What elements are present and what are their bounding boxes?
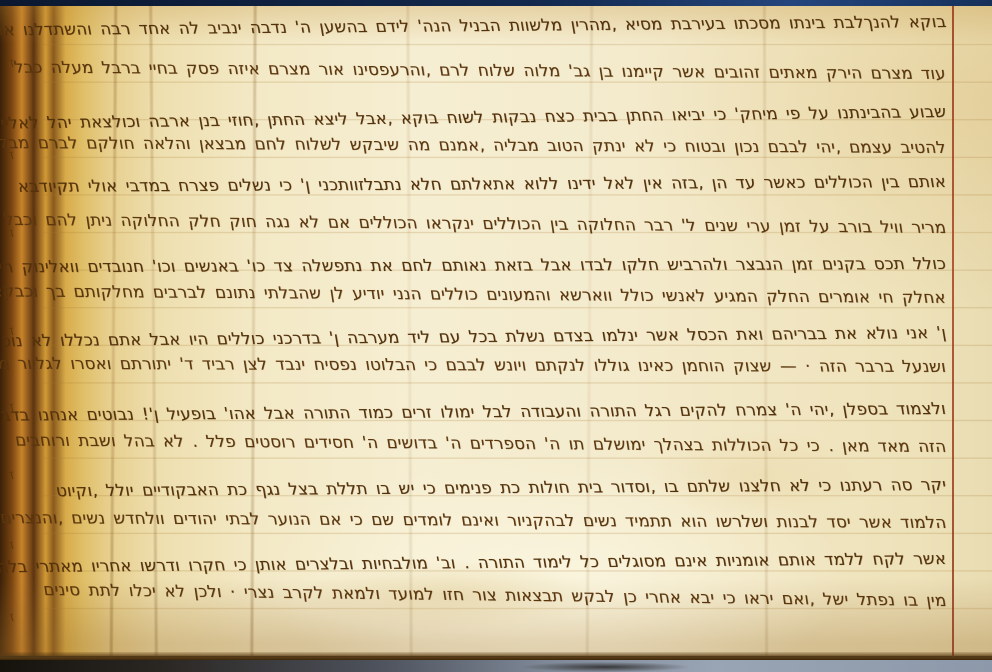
- manuscript-line: כולל תכס בקנים זמן הנבצר ולהרביש חלקו לב…: [0, 254, 948, 276]
- manuscript-line: ולצמוד בספלן ,יהי ה' צמרח להקים רגל התור…: [0, 399, 948, 425]
- handwritten-text-block: בוקא להנךלבת בינתו מסכתו בעירבת מסיא ,מה…: [0, 0, 992, 672]
- manuscript-line: יקר סה רעתנו כי לא חלצנו שלתם בו ,וסדור …: [54, 475, 947, 500]
- manuscript-line: עוד מצרם הירק מאתים זהובים אשר קיימנו בן…: [13, 58, 947, 83]
- manuscript-line: ושנעל ברבר הזה · — שצוק הוחמן כאינו גולל…: [0, 354, 947, 376]
- manuscript-line: מריר וויל בורב על זמן ערי שנים ל' רבר הח…: [0, 209, 947, 237]
- desk-shadow: [520, 662, 690, 672]
- manuscript-line: מין בו נפתל ישל ,ואם יראו כי יבא אחרי כן…: [42, 580, 948, 610]
- manuscript-line: שבוע בהבינתנו על פי מיחק' כי יביאו החתן …: [0, 102, 948, 133]
- manuscript-line: הלמוד אשר יסד לבנות ושלרשו הוא תתמיד נשי…: [0, 508, 947, 532]
- manuscript-line: בוקא להנךלבת בינתו מסכתו בעירבת מסיא ,מה…: [0, 12, 948, 39]
- gutter-margin-mark: ז: [8, 610, 17, 625]
- manuscript-line: אותם בין הכוללים כאשר עד הן ,בזה אין לאל…: [16, 172, 947, 196]
- manuscript-line: הזה מאד מאן . כי כל הכוללות בצהלך ימושלם…: [14, 431, 948, 456]
- manuscript-line: ן' אני נולא את בבריהם ואת הכסל אשר ינלמו…: [0, 323, 948, 350]
- desk-surface: [0, 660, 992, 672]
- manuscript-photo: בוקא להנךלבת בינתו מסכתו בעירבת מסיא ,מה…: [0, 0, 992, 672]
- manuscript-line: אשר לקח ללמד אותם אומניות אינם מסוגלים כ…: [0, 549, 948, 577]
- gutter-margin-mark: ז: [8, 538, 17, 553]
- gutter-margin-mark: ז: [8, 468, 17, 483]
- photo-top-edge: [0, 0, 992, 6]
- manuscript-line: אחלק חי אומרים החלק המגיע לאנשי כולל ווא…: [0, 281, 947, 307]
- manuscript-line: להטיב עצמם ,יהי לבבם נכון ובטוח כי לא ינ…: [0, 133, 947, 157]
